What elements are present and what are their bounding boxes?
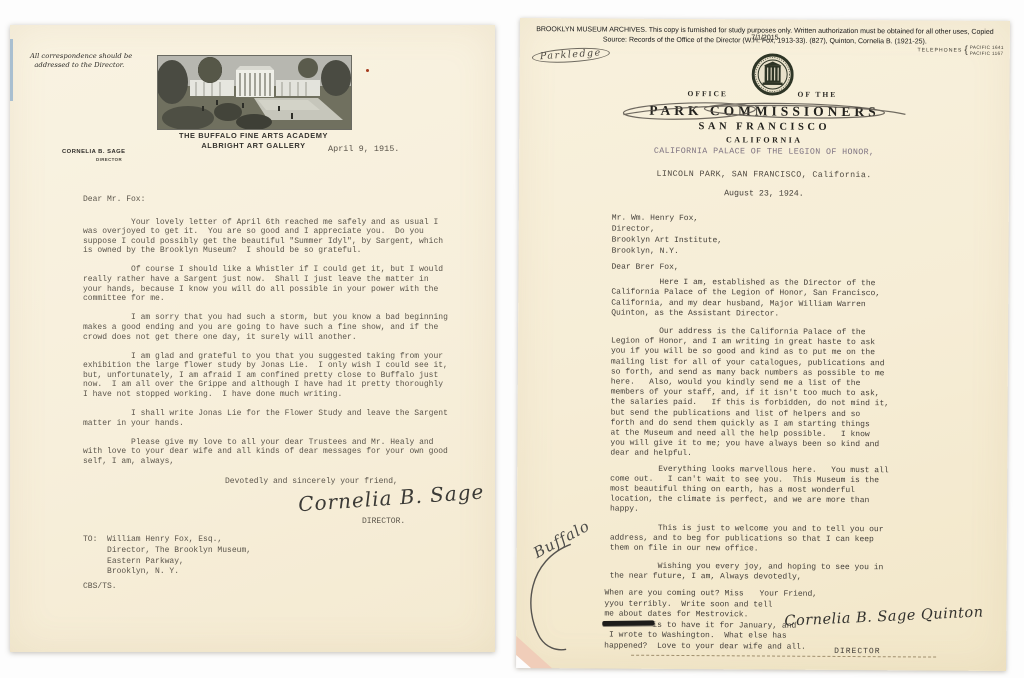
telephone-numbers: PACIFIC 1641 PACIFIC 1167	[970, 45, 1004, 56]
letterhead-photo	[157, 55, 352, 130]
paragraph: Your lovely letter of April 6th reached …	[83, 218, 475, 256]
office-label-right: OF THE	[798, 90, 838, 99]
brace-glyph: {	[964, 45, 967, 56]
letter-date: April 9, 1915.	[328, 144, 399, 154]
typed-heading-lincoln-park: LINCOLN PARK, SAN FRANCISCO, California.	[519, 169, 1009, 181]
letterhead-director-name: CORNELIA B. SAGE	[62, 149, 126, 155]
albright-gallery-photo-illustration	[158, 56, 351, 129]
telephone-1: PACIFIC 1641	[970, 45, 1004, 50]
correspondence-note: All correspondence should be addressed t…	[30, 52, 150, 69]
telephones-label: TELEPHONES	[917, 47, 962, 53]
telephones-block: TELEPHONES { PACIFIC 1641 PACIFIC 1167	[917, 44, 1003, 56]
parkledge-text: Parkledge	[532, 46, 611, 65]
paragraph: I shall write Jonas Lie for the Flower S…	[83, 409, 475, 428]
scanned-letters-canvas: All correspondence should be addressed t…	[0, 0, 1024, 678]
telephone-2: PACIFIC 1167	[970, 50, 1004, 55]
paragraph: Our address is the California Palace of …	[610, 327, 925, 462]
paper-speck	[366, 69, 369, 72]
letter-date: August 23, 1924.	[519, 188, 1009, 200]
paragraph: This is just to welcome you and to tell …	[610, 523, 924, 556]
signature-cornelia-b-sage-quinton: Cornelia B. Sage Quinton	[784, 603, 1014, 630]
letter-page-legion-of-honor-1924: BROOKLYN MUSEUM ARCHIVES. This copy is f…	[516, 18, 1010, 671]
handwritten-annotation-parkledge: Parkledge	[531, 42, 610, 65]
recipient-address-block: TO: William Henry Fox, Esq., Director, T…	[83, 535, 251, 578]
letterhead-director-title: DIRECTOR	[96, 157, 122, 162]
page-edge-artifact	[10, 39, 13, 101]
paragraph: I am sorry that you had such a storm, bu…	[83, 313, 475, 342]
letter-body: Mr. Wm. Henry Fox, Director, Brooklyn Ar…	[610, 213, 926, 593]
organization-city: SAN FRANCISCO	[519, 120, 1009, 134]
closing-line: Your Friend,	[759, 589, 817, 598]
struck-out-word-mark	[602, 620, 654, 626]
organization-state: CALIFORNIA	[519, 134, 1009, 146]
paragraph: Everything looks marvellous here. You mu…	[610, 464, 924, 517]
folded-corner-cut	[516, 655, 531, 668]
salutation: Dear Brer Fox,	[611, 263, 925, 275]
typed-heading-palace: CALIFORNIA PALACE OF THE LEGION OF HONOR…	[519, 146, 1009, 158]
paragraph: Wishing you every joy, and hoping to see…	[610, 562, 924, 584]
park-commissioners-seal-icon	[752, 53, 794, 100]
paragraph: Please give my love to all your dear Tru…	[83, 438, 475, 467]
letter-body: Dear Mr. Fox: Your lovely letter of Apri…	[83, 195, 475, 486]
paragraph: Here I am, established as the Director o…	[611, 278, 925, 321]
paragraph: I am glad and grateful to you that you s…	[83, 352, 475, 400]
signer-title: DIRECTOR	[834, 647, 880, 656]
perforation-dashed-line	[631, 655, 936, 658]
signer-title: DIRECTOR.	[362, 517, 405, 526]
recipient-address-block: Mr. Wm. Henry Fox, Director, Brooklyn Ar…	[612, 213, 926, 259]
salutation: Dear Mr. Fox:	[83, 195, 475, 205]
paragraph: Of course I should like a Whistler if I …	[83, 265, 475, 303]
office-label-left: OFFICE	[688, 89, 728, 98]
typist-reference: CBS/TS.	[83, 582, 117, 591]
letter-page-buffalo-1915: All correspondence should be addressed t…	[10, 25, 495, 652]
